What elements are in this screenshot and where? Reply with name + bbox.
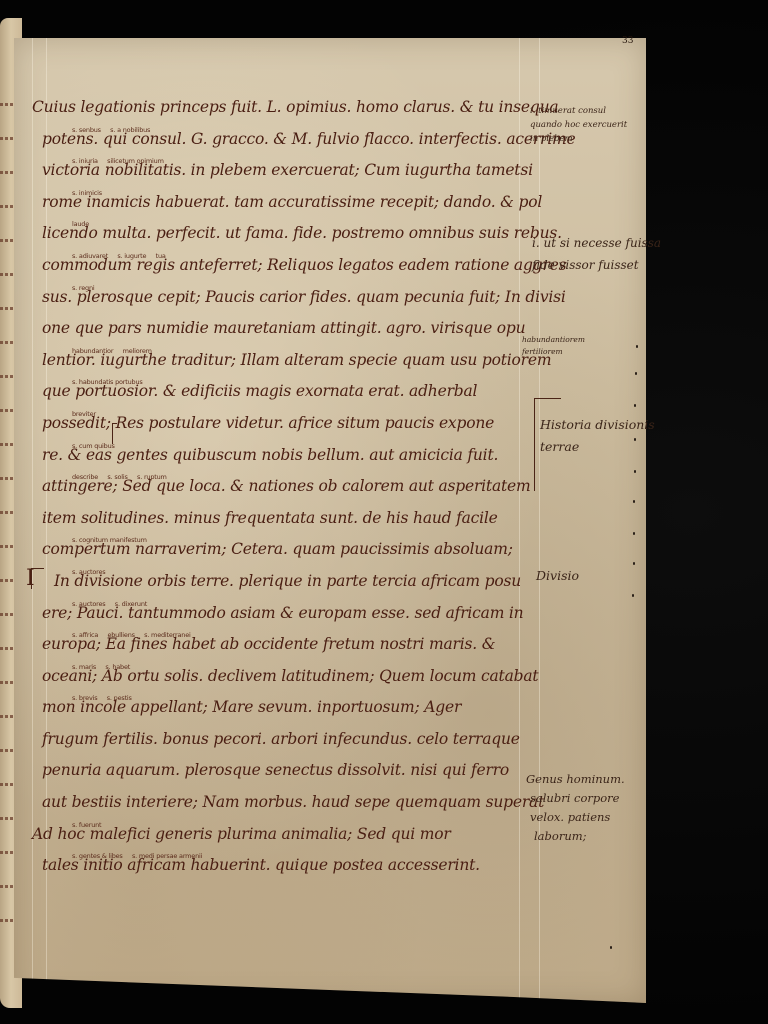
text-line-content: Cuius legationis princeps fuit. L. opimi… [32,98,558,116]
text-line: frugum fertilis. bonus pecori. arbori in… [32,728,522,760]
margin-note-divisio: Divisio [536,568,579,583]
interlinear-gloss: s. inimicis [72,182,102,204]
margin-note-line: fertiliorem [522,346,585,358]
text-line: s. brevis s. pestismon incole appellant;… [32,696,522,728]
interlinear-gloss: habundantior meliorem [72,340,152,362]
text-line-content: one que pars numidie mauretaniam attingi… [42,319,525,337]
main-text-block: Cuius legationis princeps fuit. L. opimi… [32,96,522,886]
margin-note-historia: Historia divisionis terrae [540,414,655,458]
interlinear-gloss: laude [72,213,89,235]
pricking-mark [634,438,636,441]
interlinear-gloss: s. maris s. habet [72,656,130,678]
pricking-mark [633,500,635,503]
text-line: s. gentes & libes s. medi persae armenii… [32,854,522,886]
pricking-mark [636,345,638,348]
margin-note-line: salubri corpore [526,789,625,808]
text-line-content: rome inamicis habuerat. tam accuratissim… [42,193,542,211]
text-line: s. adiuvaret s. iugurte tuacommodum regi… [32,254,522,286]
interlinear-gloss: s. gentes & libes s. medi persae armenii [72,845,202,867]
margin-note-genus: Genus hominum. salubri corpore velox. pa… [526,770,625,846]
text-line: s. inimicisrome inamicis habuerat. tam a… [32,191,522,223]
text-line: s. cognitum manifestumcompertum narraver… [32,538,522,570]
margin-note-line: velox. patiens [526,808,625,827]
text-line-content: frugum fertilis. bonus pecori. arbori in… [42,730,520,748]
text-line: s. habundatis portubusque portuosior. & … [32,380,522,412]
interlinear-gloss: s. fuerunt [72,814,101,836]
text-line-content: penuria aquarum. plerosque senectus diss… [42,761,509,779]
margin-note-line: fide vissor fuisset [532,254,661,276]
text-line: aut bestiis interiere; Nam morbus. haud … [32,791,522,823]
pricking-mark [633,562,635,565]
pricking-mark [633,532,635,535]
interlinear-gloss: s. senbus s. a nobilibus [72,119,150,141]
interlinear-gloss: breviter [72,403,96,425]
margin-note-line: quando hoc exercuerit [530,118,627,132]
margin-note-line: i. ut si necesse fuissa [532,232,661,254]
paragraph-mark [112,423,117,444]
margin-note-line: laborum; [526,827,625,846]
margin-note-habundantior: habundantiorem fertiliorem [522,334,585,358]
ruling-line-right-outer [539,38,540,1003]
interlinear-gloss: s. cum quibus [72,435,115,457]
section-bracket [31,568,44,589]
pricking-mark [610,946,612,949]
margin-note-line: i. timuerat consul [530,104,627,118]
text-line: s. regnisus. plerosque cepit; Paucis car… [32,286,522,318]
interlinear-gloss: describe s. solis s. ruptum [72,466,167,488]
interlinear-gloss: s. auctores [72,561,105,583]
folio-number: 33 [622,36,633,46]
text-line: s. iniuria silicetum opimiumvictoria nob… [32,159,522,191]
text-line-content: item solitudines. minus frequentata sunt… [42,509,498,527]
interlinear-gloss: s. adiuvaret s. iugurte tua [72,245,166,267]
margin-note-necesse: i. ut si necesse fuissa fide vissor fuis… [532,232,661,276]
pricking-mark [632,594,634,597]
pricking-mark [634,470,636,473]
pricking-mark [634,404,636,407]
text-line: penuria aquarum. plerosque senectus diss… [32,759,522,791]
interlinear-gloss: s. iniuria silicetum opimium [72,150,164,172]
text-line-content: possedit; Res postulare videtur. africe … [42,414,494,432]
pricking-mark [635,372,637,375]
margin-note-line: Historia divisionis [540,414,655,436]
interlinear-gloss: s. regni [72,277,95,299]
text-line-content: sus. plerosque cepit; Paucis carior fide… [42,288,566,306]
text-line-content: In divisione orbis terre. plerique in pa… [54,572,521,590]
margin-note-consul: i. timuerat consul quando hoc exercuerit… [530,104,627,146]
margin-note-line: terrae [540,436,655,458]
margin-note-line: in plebem [530,132,627,146]
margin-note-line: habundantiorem [522,334,585,346]
interlinear-gloss: s. brevis s. pestis [72,687,132,709]
interlinear-gloss: s. auctores s. dixerunt [72,593,147,615]
text-line: describe s. solis s. ruptumattingere; Se… [32,475,522,507]
interlinear-gloss: s. affrica ebulliens s. mediterranei [72,624,191,646]
interlinear-gloss: s. cognitum manifestum [72,529,147,551]
interlinear-gloss: s. habundatis portubus [72,371,143,393]
text-line-content: aut bestiis interiere; Nam morbus. haud … [42,793,544,811]
text-line-content: licendo multa. perfecit. ut fama. fide. … [42,224,562,242]
margin-note-line: Divisio [536,568,579,583]
margin-note-line: Genus hominum. [526,770,625,789]
